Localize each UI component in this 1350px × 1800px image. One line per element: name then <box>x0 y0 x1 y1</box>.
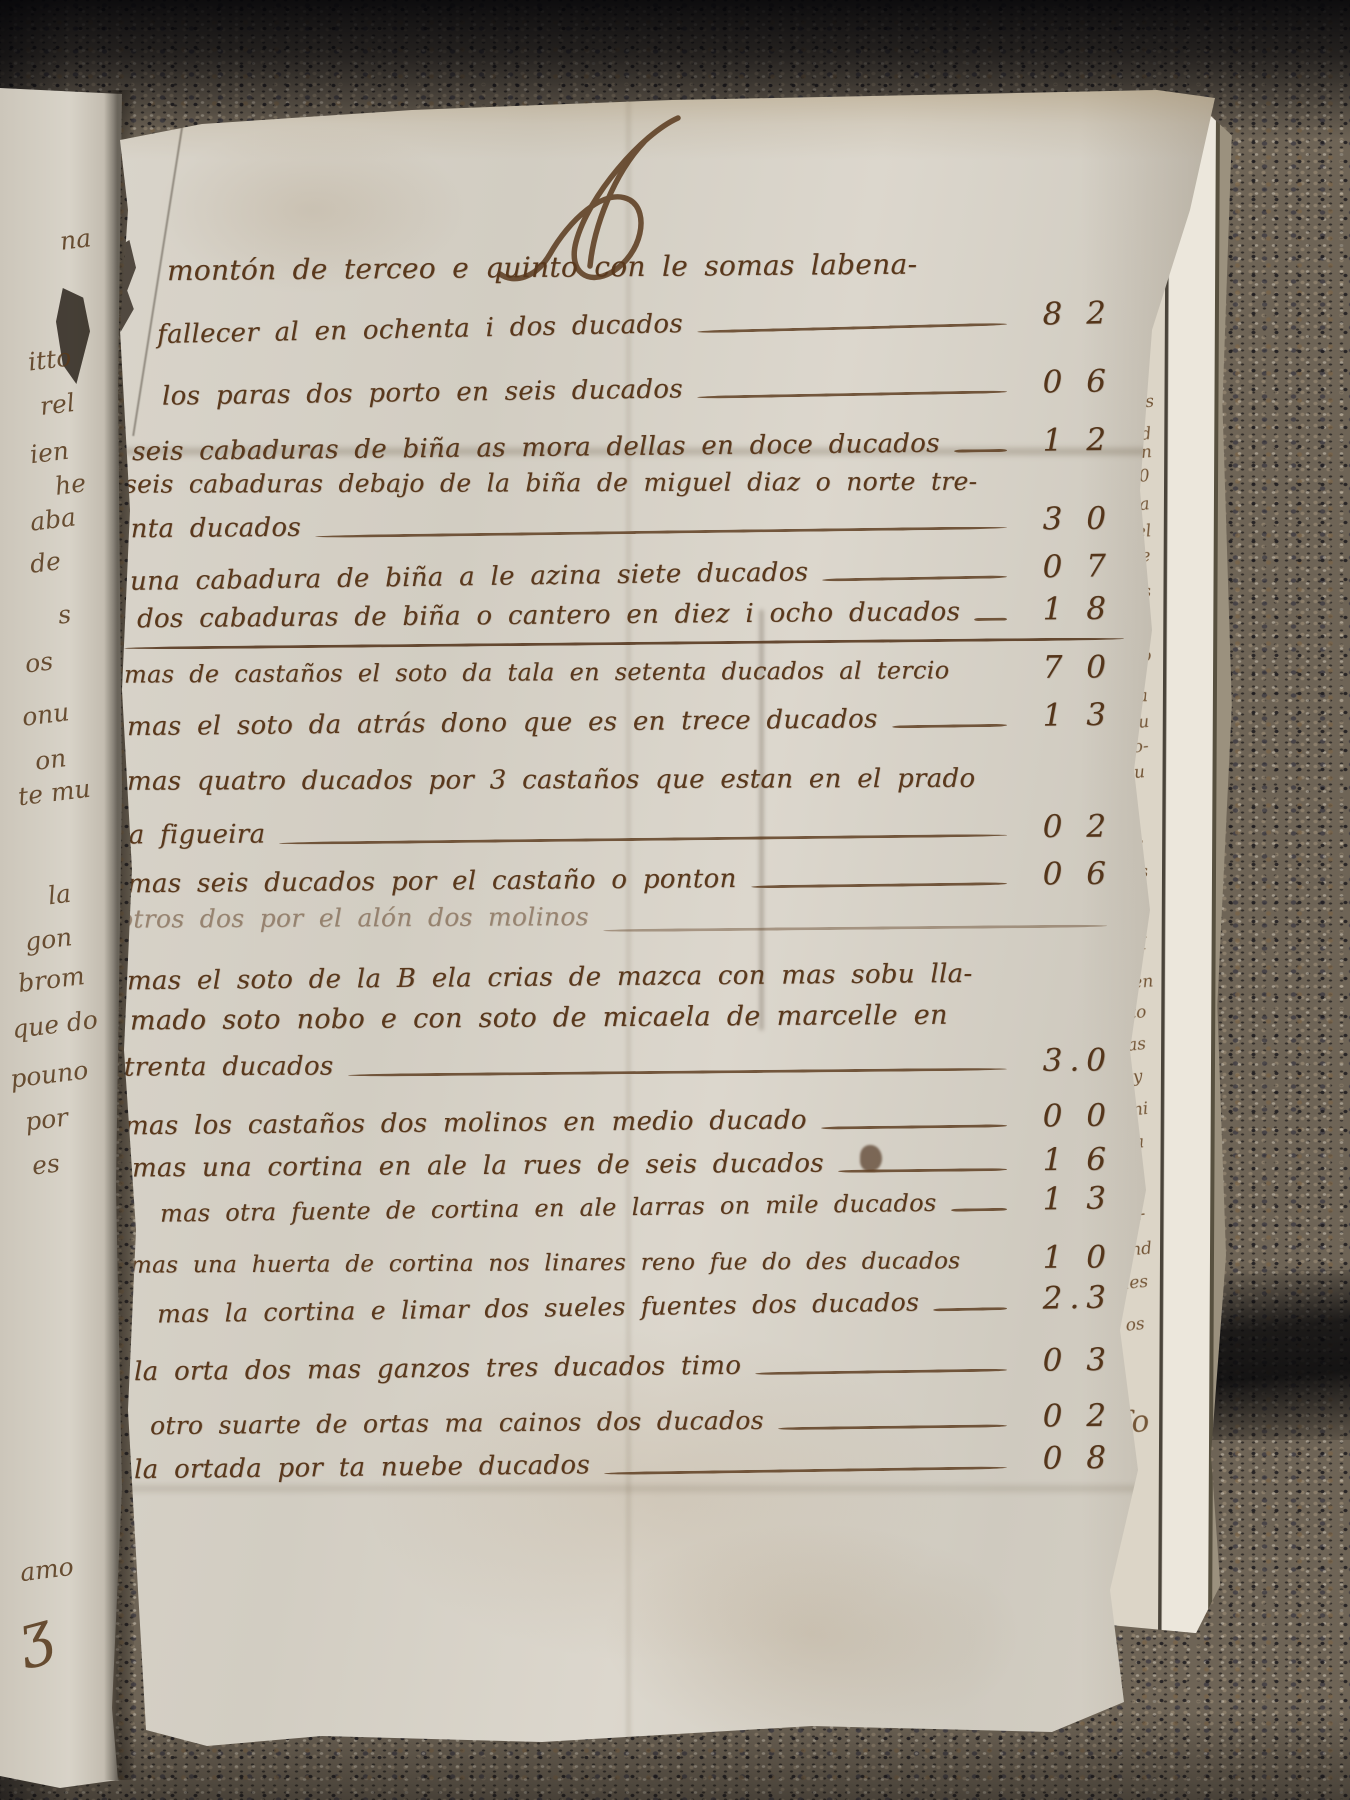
ink-dash-line <box>751 882 1007 888</box>
ink-dash-line <box>954 449 1007 453</box>
amount-value: 0 6 <box>1017 856 1117 893</box>
ink-dash-line <box>951 1208 1008 1212</box>
entry-text: mas el soto da atrás dono que es en trec… <box>127 704 878 742</box>
entry-text: mado soto nobo e con soto de micaela de … <box>130 1000 948 1037</box>
ink-dash-line <box>348 1068 1007 1077</box>
entry-text: la orta dos mas ganzos tres ducados timo <box>134 1351 741 1387</box>
entry-text: otro suarte de ortas ma cainos dos ducad… <box>150 1406 764 1440</box>
entry-line: mado soto nobo e con soto de micaela de … <box>130 999 1117 1044</box>
entry-line: la ortada por ta nuebe ducados0 8 <box>134 1440 1117 1488</box>
facing-page-edge <box>0 88 126 1788</box>
amount-value: 0 2 <box>1017 1398 1117 1435</box>
ink-dash-line <box>279 834 1007 845</box>
entry-text: mas seis ducados por el castaño o ponton <box>127 864 737 899</box>
entry-line: mas otra fuente de cortina en ale larras… <box>160 1180 1117 1231</box>
entry-text: seis cabaduras debajo de la biña de migu… <box>124 467 977 499</box>
ink-dash-line <box>778 1424 1007 1430</box>
entry-text: la ortada por ta nuebe ducados <box>134 1450 590 1485</box>
ink-dash-line <box>822 575 1007 581</box>
entry-line: mas de castaños el soto da tala en seten… <box>124 649 1117 692</box>
entry-line: mas los castaños dos molinos en medio du… <box>124 1098 1117 1145</box>
ink-dash-line <box>892 724 1007 729</box>
amount-value: 0 0 <box>1017 1098 1117 1135</box>
amount-value: 1 8 <box>1017 591 1117 628</box>
ink-dash-line <box>821 1124 1007 1129</box>
amount-value: 0 3 <box>1017 1342 1117 1379</box>
amount-value: 1 2 <box>1017 422 1117 459</box>
entry-line: mas la cortina e limar dos sueles fuente… <box>157 1279 1117 1332</box>
entry-line: mas el soto de la B ela crias de mazca c… <box>127 958 1117 1005</box>
amount-value: 0 2 <box>1017 809 1117 846</box>
ink-dash-line <box>974 618 1007 621</box>
ink-dash-line <box>838 1168 1007 1173</box>
entry-line: mas el soto da atrás dono que es en trec… <box>127 697 1117 745</box>
entry-line: la orta dos mas ganzos tres ducados timo… <box>134 1342 1117 1390</box>
entry-line: otro suarte de ortas ma cainos dos ducad… <box>150 1398 1117 1444</box>
margin-fragment: os <box>1125 1314 1146 1336</box>
paper-tear <box>56 288 90 384</box>
entry-line: trenta ducados3.0 <box>124 1042 1117 1085</box>
entry-line: dos cabaduras de biña o cantero en diez … <box>137 591 1117 638</box>
entry-text: dos cabaduras de biña o cantero en diez … <box>137 597 960 634</box>
ink-dash-line <box>697 323 1007 334</box>
entry-line: montón de terceo e quinto con le somas l… <box>167 246 1117 292</box>
amount-value: 7 0 <box>1017 649 1117 686</box>
ink-dash-line <box>315 526 1007 538</box>
ink-dash-line <box>755 1368 1007 1375</box>
entry-line: mas una cortina en ale la rues de seis d… <box>132 1142 1117 1187</box>
entry-text: montón de terceo e quinto con le somas l… <box>167 248 918 288</box>
entry-text: mas de castaños el soto da tala en seten… <box>124 656 950 688</box>
amount-value: 8 2 <box>1017 295 1118 333</box>
entry-text: la figueira <box>120 819 266 850</box>
amount-value: 2.3 <box>1017 1279 1118 1317</box>
amount-value: 1 3 <box>1017 697 1117 734</box>
entry-text: mas una huerta de cortina nos linares re… <box>130 1248 960 1278</box>
ink-dash-line <box>933 1307 1007 1311</box>
entry-line: seis cabaduras de biña as mora dellas en… <box>132 422 1117 470</box>
entry-text: trenta ducados <box>124 1052 334 1083</box>
ink-dash-line <box>603 924 1107 932</box>
entry-line: mas una huerta de cortina nos linares re… <box>130 1239 1117 1282</box>
entry-text: inta ducados <box>122 513 301 545</box>
entry-text: otros dos por el alón dos molinos <box>118 902 589 933</box>
entry-text: mas los castaños dos molinos en medio du… <box>124 1105 807 1141</box>
separator-rule <box>124 637 1124 650</box>
amount-value: 1 3 <box>1017 1180 1117 1217</box>
ink-dash-line <box>604 1466 1007 1475</box>
amount-value: 3.0 <box>1017 1042 1117 1079</box>
entry-line: los paras dos porto en seis ducados0 6 <box>162 363 1117 414</box>
ink-dash-line <box>697 390 1007 399</box>
amount-value: 1 6 <box>1017 1142 1117 1179</box>
amount-value: 0 8 <box>1017 1440 1117 1477</box>
entry-text: seis cabaduras de biña as mora dellas en… <box>132 429 940 467</box>
entry-lines: montón de terceo e quinto con le somas l… <box>112 90 1238 1765</box>
entry-text: mas otra fuente de cortina en ale larras… <box>160 1189 937 1228</box>
entry-text: mas la cortina e limar dos sueles fuente… <box>157 1288 919 1329</box>
entry-text: una cabadura de biña a le azina siete du… <box>130 557 809 596</box>
manuscript-page: montón de terceo e quinto con le somas l… <box>112 90 1238 1765</box>
entry-text: mas quatro ducados por 3 castaños que es… <box>127 764 976 797</box>
entry-line: mas quatro ducados por 3 castaños que es… <box>127 763 1117 804</box>
entry-line: otros dos por el alón dos molinos <box>118 899 1117 942</box>
entry-text: mas el soto de la B ela crias de mazca c… <box>127 959 973 996</box>
entry-text: mas una cortina en ale la rues de seis d… <box>132 1149 824 1184</box>
amount-value: 0 6 <box>1017 363 1117 400</box>
entry-line: fallecer al en ochenta i dos ducados8 2 <box>157 295 1118 353</box>
entry-text: fallecer al en ochenta i dos ducados <box>157 309 683 350</box>
amount-value: 0 7 <box>1017 548 1117 585</box>
entry-line: mas seis ducados por el castaño o ponton… <box>127 856 1117 903</box>
amount-value: 1 0 <box>1017 1239 1117 1276</box>
entry-text: los paras dos porto en seis ducados <box>162 374 683 411</box>
amount-value: 3 0 <box>1017 501 1117 538</box>
manuscript-photo-scene: naittorelienheabadesosonuonte mulagonbro… <box>0 0 1350 1800</box>
entry-line: inta ducados3 0 <box>122 501 1117 548</box>
entry-line: la figueira0 2 <box>120 809 1117 854</box>
